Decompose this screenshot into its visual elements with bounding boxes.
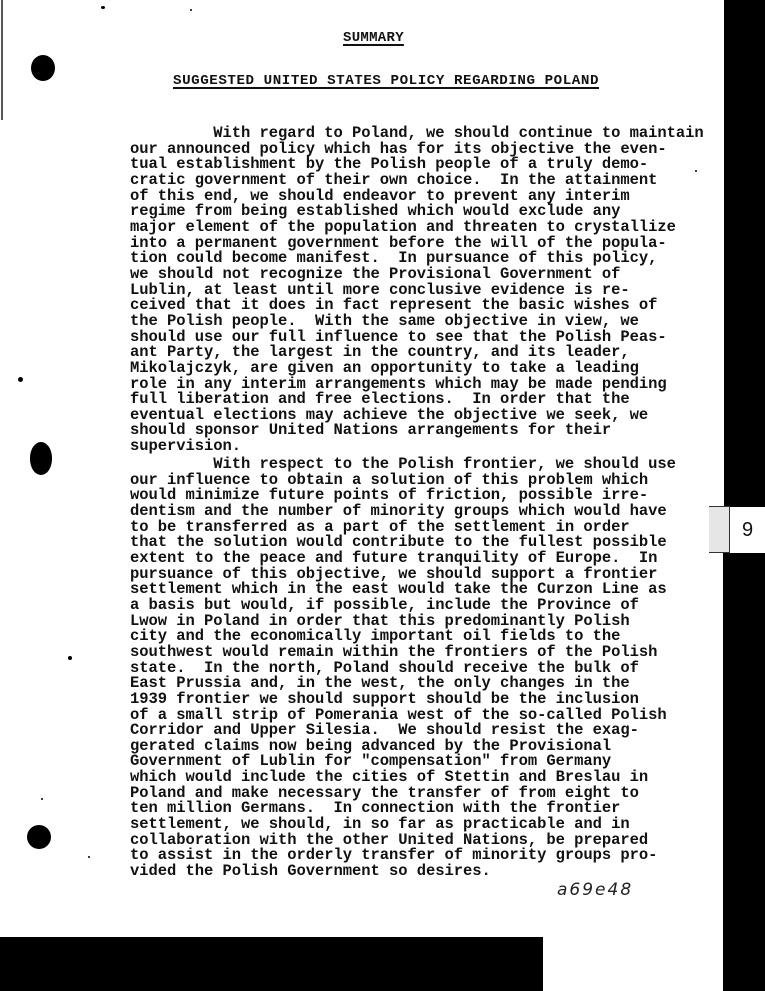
scan-border-right-bottom xyxy=(723,553,765,991)
summary-heading: SUMMARY xyxy=(343,30,404,46)
scan-border-right-top xyxy=(724,0,765,507)
scan-speck xyxy=(695,170,697,172)
punch-hole-middle xyxy=(30,442,52,475)
handwritten-annotation: a69e48 xyxy=(557,880,633,900)
document-title: SUGGESTED UNITED STATES POLICY REGARDING… xyxy=(173,73,599,89)
scan-speck xyxy=(18,377,23,382)
paragraph-frontier: With respect to the Polish frontier, we … xyxy=(130,457,690,880)
scan-border-bottom xyxy=(0,937,543,991)
scan-left-edge xyxy=(1,0,3,120)
scan-speck xyxy=(68,656,72,660)
scan-speck xyxy=(41,798,43,800)
punch-hole-top xyxy=(31,55,55,81)
text-line: vided the Polish Government so desires. xyxy=(130,864,690,880)
page-tab-shadow xyxy=(709,506,730,553)
punch-hole-bottom xyxy=(27,825,51,849)
scan-speck xyxy=(190,9,192,11)
document-page: SUMMARY SUGGESTED UNITED STATES POLICY R… xyxy=(0,0,724,937)
text-line: supervision. xyxy=(130,439,690,455)
scan-speck xyxy=(88,856,90,858)
scan-speck xyxy=(101,6,105,9)
paragraph-policy: With regard to Poland, we should continu… xyxy=(130,126,690,455)
page-tab-number: 9 xyxy=(730,507,765,553)
